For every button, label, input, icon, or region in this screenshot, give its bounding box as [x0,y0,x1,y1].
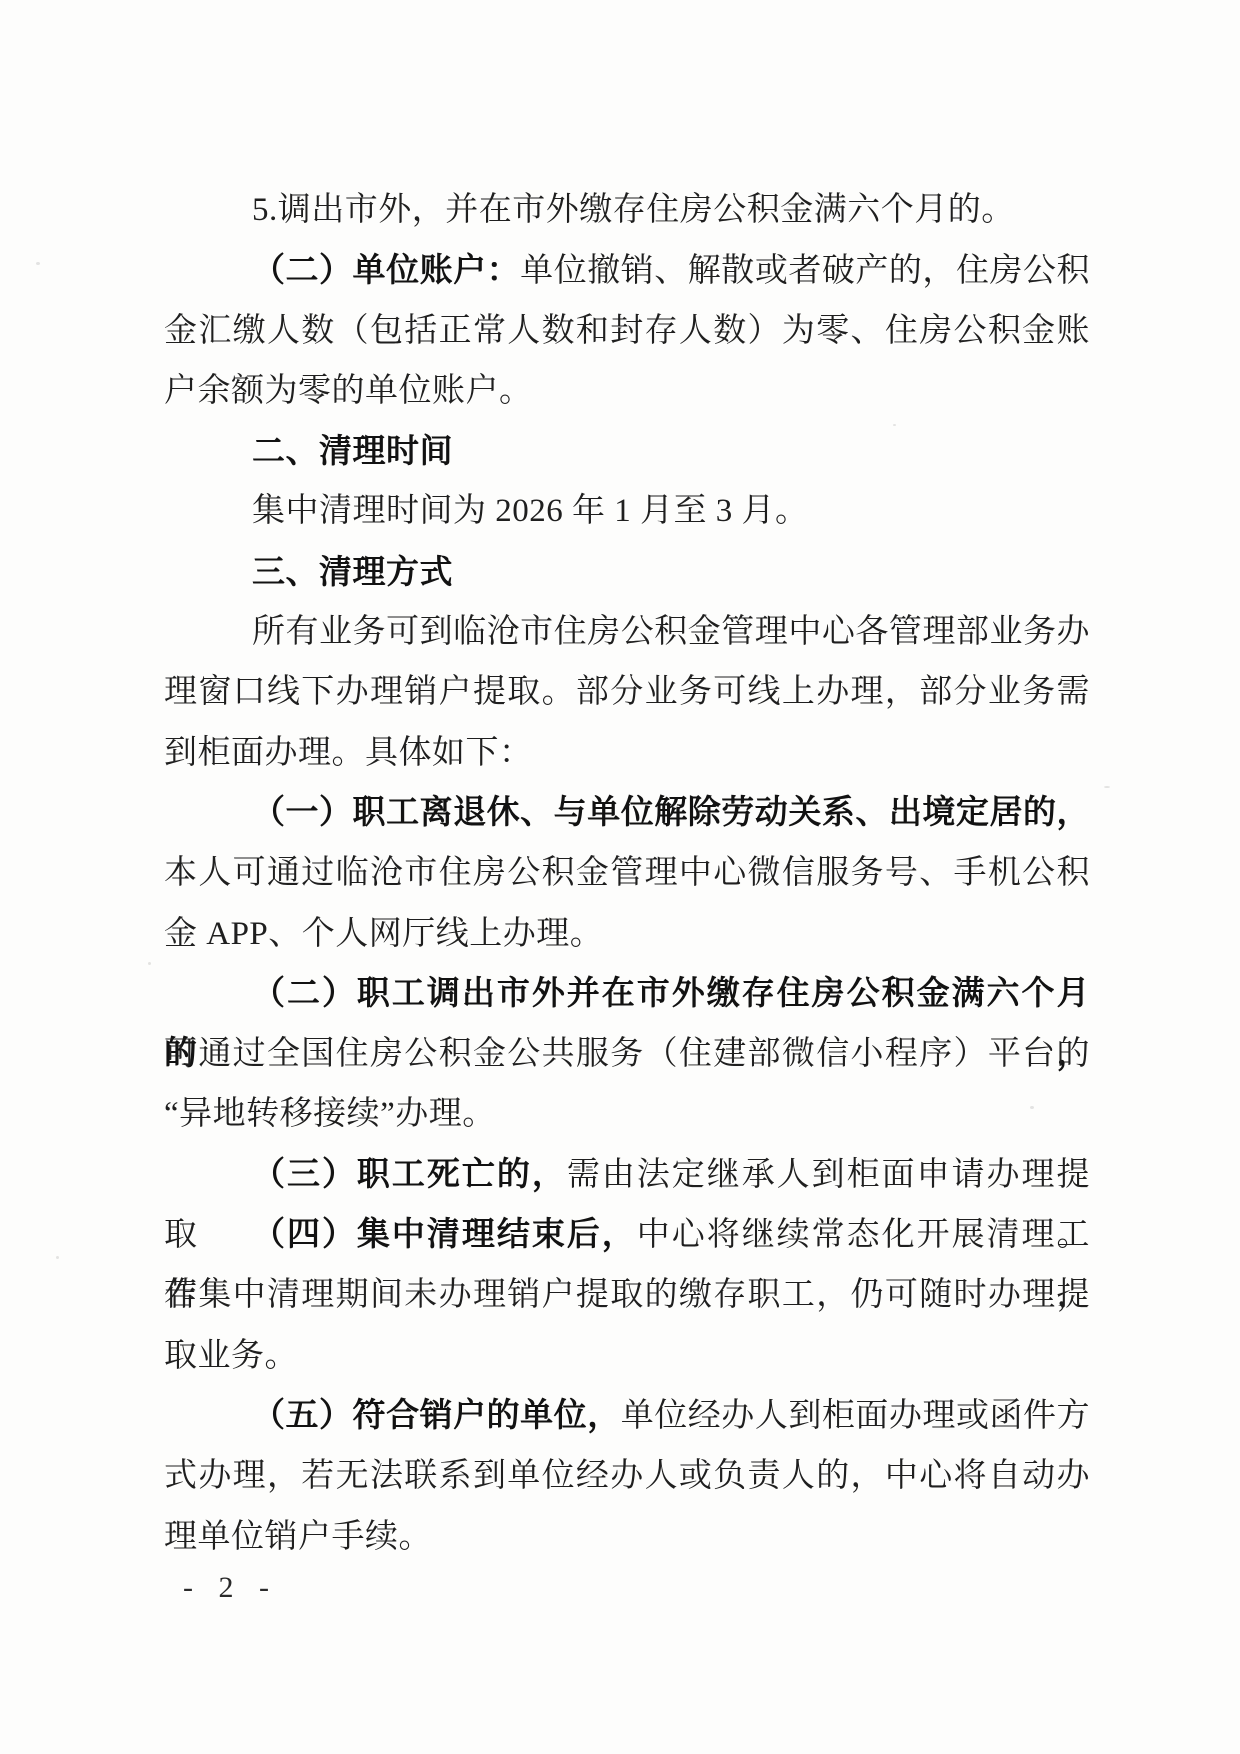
text-line: 理单位销户手续。 [164,1507,1090,1567]
text-segment-bold: （五）符合销户的单位， [252,1398,621,1434]
text-segment-bold: 二、清理时间 [252,432,453,469]
text-segment-bold: （二）单位账户： [252,251,520,288]
text-segment: 理单位销户手续。 [164,1519,432,1555]
text-line: 所有业务可到临沧市住房公积金管理中心各管理部业务办 [164,602,1090,662]
scan-speck [36,262,40,265]
scan-speck [1030,1106,1034,1109]
scan-speck [56,1256,59,1259]
text-segment: 金汇缴人数（包括正常人数和封存人数）为零、住房公积金账 [164,313,1090,349]
text-line: “异地转移接续”办理。 [164,1084,1090,1144]
text-line: 理窗口线下办理销户提取。部分业务可线上办理，部分业务需 [164,662,1090,722]
text-line: 取业务。 [164,1326,1090,1386]
text-segment: 金 APP、个人网厅线上办理。 [164,916,603,952]
text-segment: 单位撤销、解散或者破产的，住房公积 [520,253,1090,289]
text-segment: 单位经办人到柜面办理或函件方 [621,1398,1090,1434]
text-segment-bold: 三、清理方式 [252,553,453,590]
text-line: （四）集中清理结束后，中心将继续常态化开展清理工作， [164,1205,1090,1265]
text-line: 本人可通过临沧市住房公积金管理中心微信服务号、手机公积 [164,843,1090,903]
text-line: 二、清理时间 [164,421,1090,481]
text-line: （一）职工离退休、与单位解除劳动关系、出境定居的， [164,783,1090,843]
text-line: （二）单位账户：单位撤销、解散或者破产的，住房公积 [164,240,1090,300]
scan-speck [148,962,151,965]
text-segment: 5.调出市外，并在市外缴存住房公积金满六个月的。 [252,192,1015,228]
text-segment: 若集中清理期间未办理销户提取的缴存职工，仍可随时办理提 [164,1277,1090,1313]
text-segment: 可通过全国住房公积金公共服务（住建部微信小程序）平台的 [164,1036,1090,1072]
document-page: 5.调出市外，并在市外缴存住房公积金满六个月的。（二）单位账户：单位撤销、解散或… [0,0,1240,1754]
text-segment: 所有业务可到临沧市住房公积金管理中心各管理部业务办 [252,614,1090,650]
text-line: （三）职工死亡的，需由法定继承人到柜面申请办理提取。 [164,1145,1090,1205]
text-segment-bold: （一）职工离退休、与单位解除劳动关系、出境定居的， [252,795,1090,831]
page-number: - 2 - [183,1570,277,1606]
text-segment: 本人可通过临沧市住房公积金管理中心微信服务号、手机公积 [164,855,1090,891]
text-line: 集中清理时间为 2026 年 1 月至 3 月。 [164,481,1090,541]
text-segment: 式办理，若无法联系到单位经办人或负责人的，中心将自动办 [164,1458,1090,1494]
text-segment: “异地转移接续”办理。 [164,1096,496,1132]
text-line: 可通过全国住房公积金公共服务（住建部微信小程序）平台的 [164,1024,1090,1084]
text-segment: 户余额为零的单位账户。 [164,373,533,409]
text-segment: 取业务。 [164,1338,298,1374]
text-line: 5.调出市外，并在市外缴存住房公积金满六个月的。 [164,180,1090,240]
text-segment-bold: （三）职工死亡的， [252,1157,567,1193]
scan-speck [893,424,896,426]
text-line: 金 APP、个人网厅线上办理。 [164,904,1090,964]
text-line: 若集中清理期间未办理销户提取的缴存职工，仍可随时办理提 [164,1265,1090,1325]
text-segment: 理窗口线下办理销户提取。部分业务可线上办理，部分业务需 [164,674,1090,710]
text-segment: 集中清理时间为 2026 年 1 月至 3 月。 [252,493,809,529]
text-segment: 到柜面办理。具体如下： [164,735,533,771]
text-line: （五）符合销户的单位，单位经办人到柜面办理或函件方 [164,1386,1090,1446]
document-body: 5.调出市外，并在市外缴存住房公积金满六个月的。（二）单位账户：单位撤销、解散或… [164,180,1090,1567]
text-line: 三、清理方式 [164,542,1090,602]
text-line: 式办理，若无法联系到单位经办人或负责人的，中心将自动办 [164,1446,1090,1506]
text-line: 户余额为零的单位账户。 [164,361,1090,421]
scan-speck [1104,786,1110,788]
text-segment-bold: （四）集中清理结束后， [252,1217,637,1253]
text-line: 金汇缴人数（包括正常人数和封存人数）为零、住房公积金账 [164,301,1090,361]
text-line: 到柜面办理。具体如下： [164,723,1090,783]
text-line: （二）职工调出市外并在市外缴存住房公积金满六个月的， [164,964,1090,1024]
